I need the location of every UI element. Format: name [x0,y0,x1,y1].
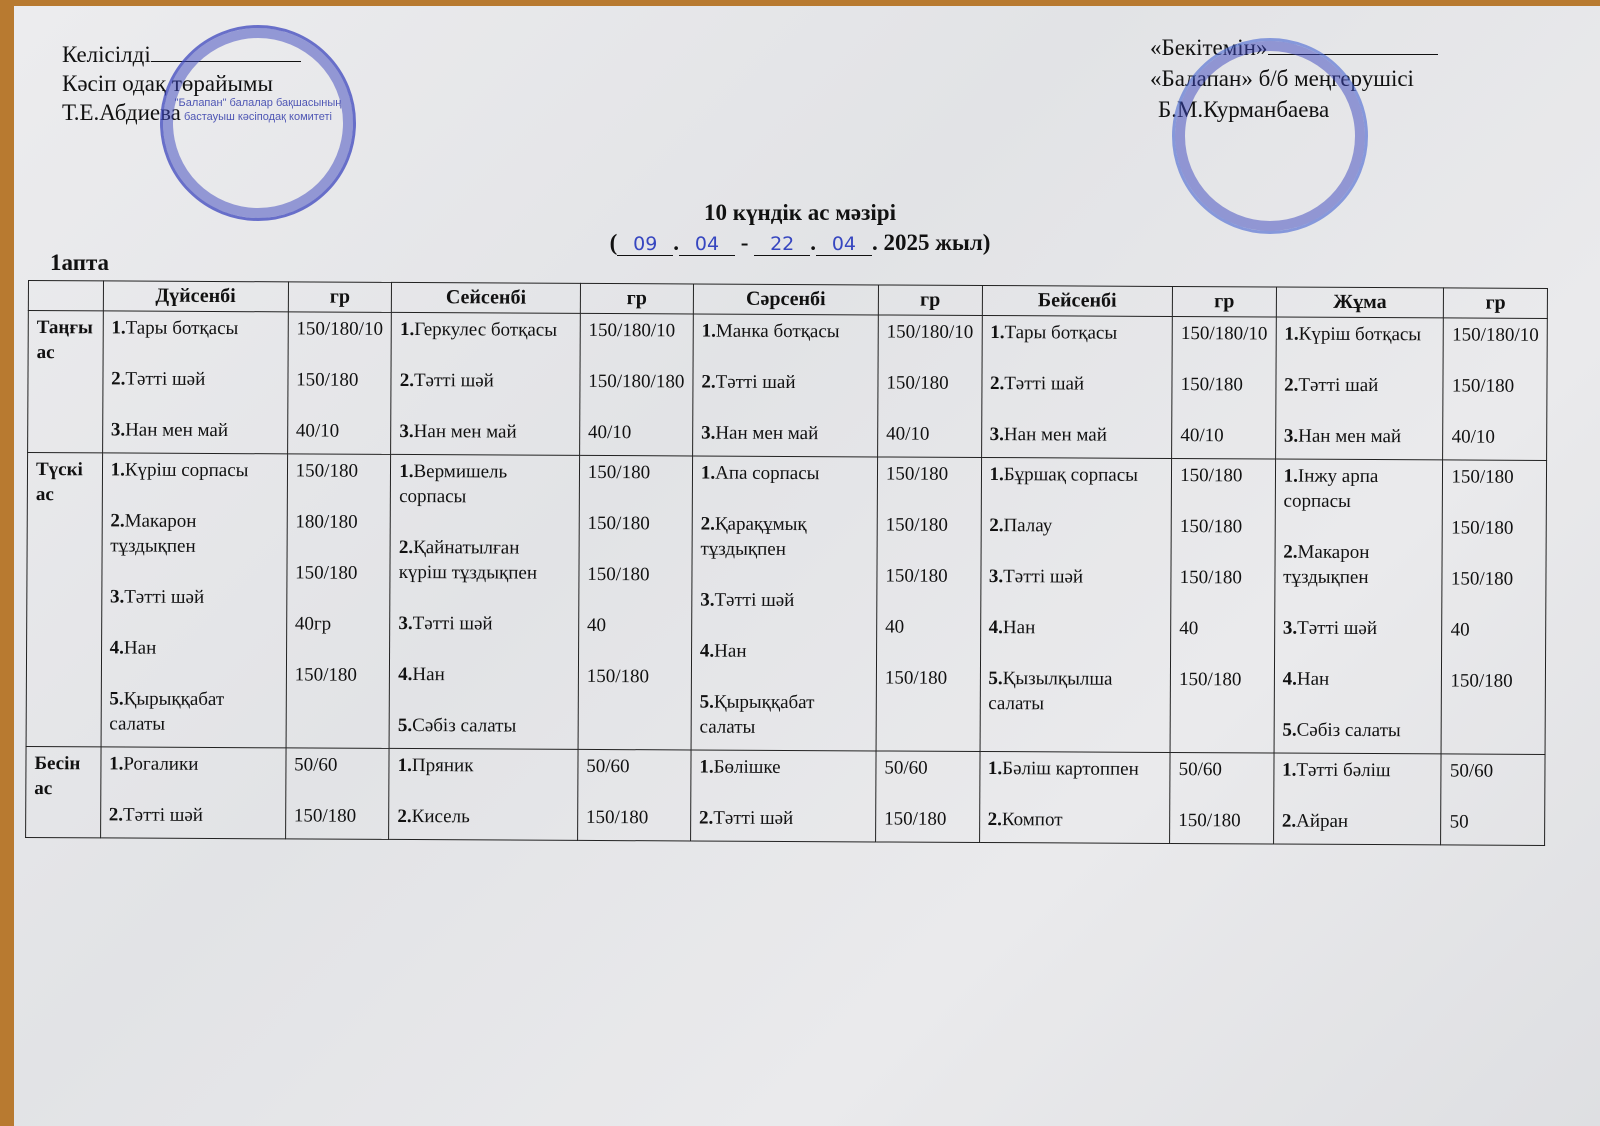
stamp-text: "Балапан" балалар бақшасының бастауыш кә… [163,96,353,124]
item-name: Тәтті шәй [124,587,204,608]
item-grams: 150/180 [587,511,683,537]
dish-cell: 1.Інжу арпа сорпасы2.Макарон тұздықпен3.… [1274,459,1443,754]
header-corner [28,281,103,311]
header-grams: гр [878,285,982,316]
item-number: 2. [988,809,1002,830]
item-number: 1. [399,461,413,482]
agreed-label: Келісілді [62,42,151,67]
item-grams: 40/10 [1180,423,1267,448]
grams-cell: 150/180150/180150/18040150/180 [876,457,981,752]
item-grams: 150/180 [296,367,383,392]
item-number: 2. [1283,542,1297,563]
item-name: Нан мен май [715,423,818,445]
item-number: 3. [989,566,1003,587]
item-number: 2. [400,370,414,391]
item-number: 5. [700,692,714,713]
grams-cell: 150/180/10150/18040/10 [878,315,982,458]
item-grams: 150/180 [587,562,683,588]
dish-cell: 1.Апа сорпасы2.Қарақұмық тұздықпен3.Тәтт… [691,456,878,751]
dish-cell: 1.Күріш сорпасы2.Макарон тұздықпен3.Тәтт… [101,453,288,748]
dish-item: 1.Бәліш картоппен [988,756,1162,782]
table-row: Таңғы ас1.Тары ботқасы2.Тәтті шәй3.Нан м… [28,311,1548,461]
header-grams: гр [1444,288,1548,319]
item-number: 1. [1284,324,1298,345]
item-name: Тәтті шай [1004,373,1084,394]
item-name: Тары ботқасы [126,318,239,340]
union-stamp-icon: "Балапан" балалар бақшасының бастауыш кә… [160,25,356,221]
dish-item: 1.Бұршақ сорпасы [989,462,1163,488]
item-name: Күріш сорпасы [125,460,249,482]
date-from-month: 04 [679,233,735,256]
dish-item: 1.Күріш сорпасы [111,457,279,483]
item-grams: 150/180 [295,662,382,687]
dish-item: 4.Нан [700,639,868,665]
dish-cell: 1.Геркулес ботқасы2.Тәтті шәй3.Нан мен м… [391,312,580,455]
date-to-month: 04 [816,233,872,256]
meal-name: Түскі ас [26,453,102,747]
dish-item: 2.Тәтті шәй [400,368,572,394]
item-name: Қырыққабат салаты [109,689,224,735]
grams-cell: 50/60150/180 [285,748,389,840]
dish-item: 3.Нан мен май [399,419,571,445]
item-grams: 150/180 [885,563,972,588]
grams-cell: 150/180/10150/18040/10 [1443,318,1547,461]
item-number: 2. [110,510,124,531]
grams-cell: 50/60150/180 [876,751,980,843]
dish-item: 1.Бөлішке [699,755,867,781]
dish-item: 2.Тәтті шай [1284,373,1435,399]
item-grams: 150/180/10 [1181,321,1268,346]
item-name: Тәтті шәй [414,370,494,391]
item-name: Нан [124,638,156,659]
item-number: 5. [988,668,1002,689]
dish-item: 3.Тәтті шәй [1283,616,1434,642]
item-number: 3. [1283,618,1297,639]
dish-item: 1.Күріш ботқасы [1284,322,1435,348]
item-grams: 40 [1179,616,1266,641]
item-name: Бұршақ сорпасы [1004,464,1138,486]
item-grams: 50/60 [1179,757,1266,782]
dish-item: 3.Тәтті шәй [989,564,1163,590]
item-grams: 150/180 [886,512,973,537]
item-number: 3. [111,419,125,440]
dish-item: 1.Пряник [398,753,570,779]
item-name: Қызылқылша салаты [988,668,1112,714]
item-number: 1. [699,757,713,778]
item-name: Бөлішке [714,757,781,778]
dish-item: 3.Тәтті шәй [110,584,278,610]
item-grams: 150/180 [884,806,971,831]
dish-cell: 1.Пряник2.Кисель [389,748,578,840]
dish-item: 1.Вермишель сорпасы [399,459,571,510]
item-name: Нан мен май [1298,426,1401,448]
item-name: Пряник [412,755,474,776]
grams-cell: 150/180180/180150/18040гр150/180 [286,454,391,749]
item-number: 1. [989,464,1003,485]
item-grams: 150/180 [1180,565,1267,590]
item-number: 3. [399,421,413,442]
header-grams: гр [288,282,392,313]
dish-item: 4.Нан [989,615,1163,641]
item-name: Інжу арпа сорпасы [1284,466,1379,512]
item-grams: 40/10 [886,421,973,446]
item-number: 4. [700,641,714,662]
item-grams: 150/180/10 [296,316,383,341]
item-grams: 150/180 [1180,514,1267,539]
item-number: 1. [109,753,123,774]
item-number: 3. [1284,426,1298,447]
table-row: Бесін ас1.Рогалики2.Тәтті шәй50/60150/18… [26,746,1545,845]
item-number: 1. [400,319,414,340]
header-day: Сейсенбі [392,282,581,313]
item-grams: 50/60 [884,755,971,780]
item-name: Қарақұмық тұздықпен [700,514,806,560]
dish-item: 4.Нан [1283,667,1434,693]
dish-item: 3.Тәтті шәй [398,611,570,637]
item-number: 3. [990,424,1004,445]
item-name: Қырыққабат салаты [700,692,815,738]
meal-name: Таңғы ас [28,311,103,453]
item-number: 2. [990,373,1004,394]
item-name: Бәліш картоппен [1002,758,1139,780]
item-name: Нан [714,641,746,662]
item-grams: 40 [1451,617,1538,642]
item-name: Тәтті шәй [413,613,493,634]
dish-cell: 1.Бәліш картоппен2.Компот [979,751,1170,843]
item-number: 1. [702,321,716,342]
grams-cell: 50/6050 [1441,754,1545,846]
dish-item: 2.Тәтті шәй [109,802,277,828]
item-number: 1. [1282,760,1296,781]
grams-cell: 150/180/10150/18040/10 [287,312,391,455]
item-number: 1. [988,758,1002,779]
dish-item: 5.Қызылқылша салаты [988,666,1162,717]
dish-item: 4.Нан [398,662,570,688]
item-name: Апа сорпасы [715,463,819,485]
item-grams: 40гр [295,611,382,636]
item-grams: 180/180 [295,509,382,534]
dish-cell: 1.Тары ботқасы2.Тәтті шай3.Нан мен май [981,315,1172,458]
dish-item: 3.Нан мен май [111,417,279,443]
item-number: 2. [397,806,411,827]
dish-item: 2.Макарон тұздықпен [1283,540,1434,591]
header-grams: гр [1172,286,1276,317]
item-name: Компот [1002,809,1063,830]
dish-item: 1.Тары ботқасы [990,320,1164,346]
item-grams: 150/180 [885,665,972,690]
item-grams: 40 [885,614,972,639]
item-number: 4. [989,617,1003,638]
grams-cell: 150/180150/180150/18040150/180 [1441,460,1546,755]
item-grams: 150/180 [886,370,973,395]
item-grams: 150/180 [1179,667,1266,692]
item-grams: 150/180 [1180,463,1267,488]
grams-cell: 50/60150/180 [1170,752,1274,844]
item-name: Кисель [412,806,470,827]
meal-name: Бесін ас [26,746,101,837]
dish-item: 2.Тәтті шәй [699,806,867,832]
date-from-day: 09 [617,233,673,256]
item-number: 5. [109,688,123,709]
item-name: Манка ботқасы [716,321,840,343]
item-number: 2. [1282,811,1296,832]
item-name: Палау [1003,515,1052,536]
dish-item: 1.Тәтті бәліш [1282,758,1433,784]
item-name: Сәбіз салаты [412,715,516,737]
dish-item: 4.Нан [110,635,278,661]
item-name: Нан мен май [125,420,228,442]
item-grams: 150/180 [1451,566,1538,591]
dish-cell: 1.Манка ботқасы2.Тәтті шай3.Нан мен май [692,314,878,457]
dish-cell: 1.Бөлішке2.Тәтті шәй [690,750,876,842]
item-grams: 150/180 [586,805,682,831]
grams-cell: 150/180150/180150/18040150/180 [578,455,693,750]
item-number: 2. [111,368,125,389]
grams-cell: 150/180/10150/18040/10 [1172,316,1276,459]
item-name: Тары ботқасы [1004,322,1117,344]
item-name: Қайнатылған күріш тұздықпен [399,537,537,584]
dish-item: 5.Қырыққабат салаты [699,690,867,741]
item-grams: 150/180 [1451,515,1538,540]
item-grams: 50/60 [294,752,381,777]
dish-cell: 1.Вермишель сорпасы2.Қайнатылған күріш т… [389,454,579,749]
item-name: Тәтті шәй [713,808,793,829]
dish-item: 2.Айран [1282,809,1433,835]
item-grams: 150/180 [1450,668,1537,693]
header-grams: гр [580,283,693,314]
dish-item: 1.Геркулес ботқасы [400,317,572,343]
item-name: Рогалики [123,754,198,775]
item-number: 5. [1282,720,1296,741]
dish-cell: 1.Рогалики2.Тәтті шәй [100,747,286,839]
item-number: 1. [111,317,125,338]
item-number: 5. [398,715,412,736]
item-name: Тәтті шай [716,372,796,393]
item-grams: 50 [1450,809,1537,834]
item-number: 2. [109,804,123,825]
dish-item: 3.Нан мен май [701,421,869,447]
item-number: 2. [701,514,715,535]
item-grams: 150/180/180 [588,369,684,395]
title-main: 10 күндік ас мәзірі [0,198,1600,228]
item-name: Геркулес ботқасы [414,319,557,341]
item-grams: 40 [587,613,683,639]
dish-item: 3.Нан мен май [990,422,1164,448]
item-number: 4. [1283,669,1297,690]
dish-item: 3.Нан мен май [1284,424,1435,450]
dish-item: 2.Тәтті шай [990,371,1164,397]
item-number: 2. [699,808,713,829]
item-grams: 50/60 [1450,758,1537,783]
item-name: Айран [1296,811,1348,832]
item-grams: 50/60 [586,754,682,780]
date-range: (09.04 - 22.04. 2025 жыл) [0,228,1600,258]
item-grams: 150/180/10 [887,319,974,344]
item-number: 3. [110,586,124,607]
grams-cell: 150/180/10150/180/18040/10 [579,313,693,456]
item-number: 3. [701,423,715,444]
dish-cell: 1.Күріш ботқасы2.Тәтті шай3.Нан мен май [1275,317,1443,460]
item-name: Тәтті шәй [1297,618,1377,639]
item-number: 3. [398,613,412,634]
item-name: Тәтті шай [1298,375,1378,396]
item-name: Вермишель сорпасы [399,461,507,507]
item-number: 4. [110,637,124,658]
item-grams: 150/180 [587,664,683,690]
item-name: Нан [1003,617,1035,638]
item-number: 2. [989,515,1003,536]
item-name: Тәтті шәй [1003,566,1083,587]
grams-cell: 150/180150/180150/18040150/180 [1170,458,1275,753]
item-name: Нан мен май [414,421,517,443]
dish-item: 2.Палау [989,513,1163,539]
dish-item: 1.Інжу арпа сорпасы [1283,464,1434,515]
item-grams: 150/180 [1451,464,1538,489]
date-to-day: 22 [754,233,810,256]
item-grams: 150/180 [1181,372,1268,397]
item-grams: 150/180 [588,460,684,486]
week-label: 1апта [50,250,109,276]
document-title: 10 күндік ас мәзірі (09.04 - 22.04. 2025… [0,198,1600,258]
item-number: 1. [111,459,125,480]
item-name: Нан [412,664,444,685]
item-number: 3. [700,590,714,611]
item-grams: 150/180 [886,461,973,486]
dish-item: 2.Кисель [397,804,569,830]
item-number: 1. [701,463,715,484]
item-name: Тәтті шәй [714,590,794,611]
header-day: Сәрсенбі [693,284,878,315]
item-number: 1. [990,322,1004,343]
dish-cell: 1.Тары ботқасы2.Тәтті шәй3.Нан мен май [102,311,288,454]
item-number: 4. [398,664,412,685]
dish-item: 5.Сәбіз салаты [398,713,570,739]
item-grams: 150/180/10 [589,318,685,344]
dish-item: 2.Макарон тұздықпен [110,508,278,559]
item-grams: 150/180 [294,803,381,828]
dish-item: 5.Сәбіз салаты [1282,718,1433,744]
dish-item: 1.Рогалики [109,751,277,777]
header-day: Дүйсенбі [103,281,288,312]
dish-item: 2.Қайнатылған күріш тұздықпен [399,535,571,586]
year-suffix: . 2025 жыл) [872,230,990,255]
item-grams: 150/180/10 [1452,322,1539,347]
item-name: Тәтті шәй [125,369,205,390]
item-grams: 150/180 [296,458,383,483]
item-grams: 150/180 [295,560,382,585]
item-number: 2. [399,537,413,558]
item-grams: 40/10 [1452,424,1539,449]
dish-item: 2.Тәтті шай [701,370,869,396]
item-name: Нан [1297,669,1329,690]
item-name: Тәтті бәліш [1296,760,1390,781]
header-day: Бейсенбі [982,285,1173,316]
item-name: Тәтті шәй [123,805,203,826]
item-grams: 40/10 [588,420,684,446]
item-name: Сәбіз салаты [1297,720,1401,742]
menu-table: ДүйсенбігрСейсенбігрСәрсенбігрБейсенбігр… [25,280,1548,846]
item-number: 2. [701,372,715,393]
dish-item: 2.Компот [988,807,1162,833]
item-name: Күріш ботқасы [1299,324,1422,346]
item-grams: 150/180 [1452,373,1539,398]
dish-cell: 1.Тәтті бәліш2.Айран [1273,753,1441,845]
item-number: 1. [398,755,412,776]
dish-item: 3.Тәтті шәй [700,588,868,614]
dish-item: 1.Манка ботқасы [702,319,870,345]
item-number: 1. [1284,466,1298,487]
dish-item: 1.Тары ботқасы [111,315,279,341]
item-name: Нан мен май [1004,424,1107,446]
item-number: 2. [1284,375,1298,396]
dish-cell: 1.Бұршақ сорпасы2.Палау3.Тәтті шәй4.Нан5… [980,457,1172,752]
dish-item: 5.Қырыққабат салаты [109,686,277,737]
item-grams: 40/10 [296,418,383,443]
grams-cell: 50/60150/180 [577,749,691,841]
header-day: Жұма [1276,287,1444,318]
table-row: Түскі ас1.Күріш сорпасы2.Макарон тұздықп… [26,453,1547,755]
dish-item: 2.Тәтті шәй [111,366,279,392]
dish-item: 1.Апа сорпасы [701,461,869,487]
item-grams: 150/180 [1178,808,1265,833]
dish-item: 2.Қарақұмық тұздықпен [700,512,868,563]
